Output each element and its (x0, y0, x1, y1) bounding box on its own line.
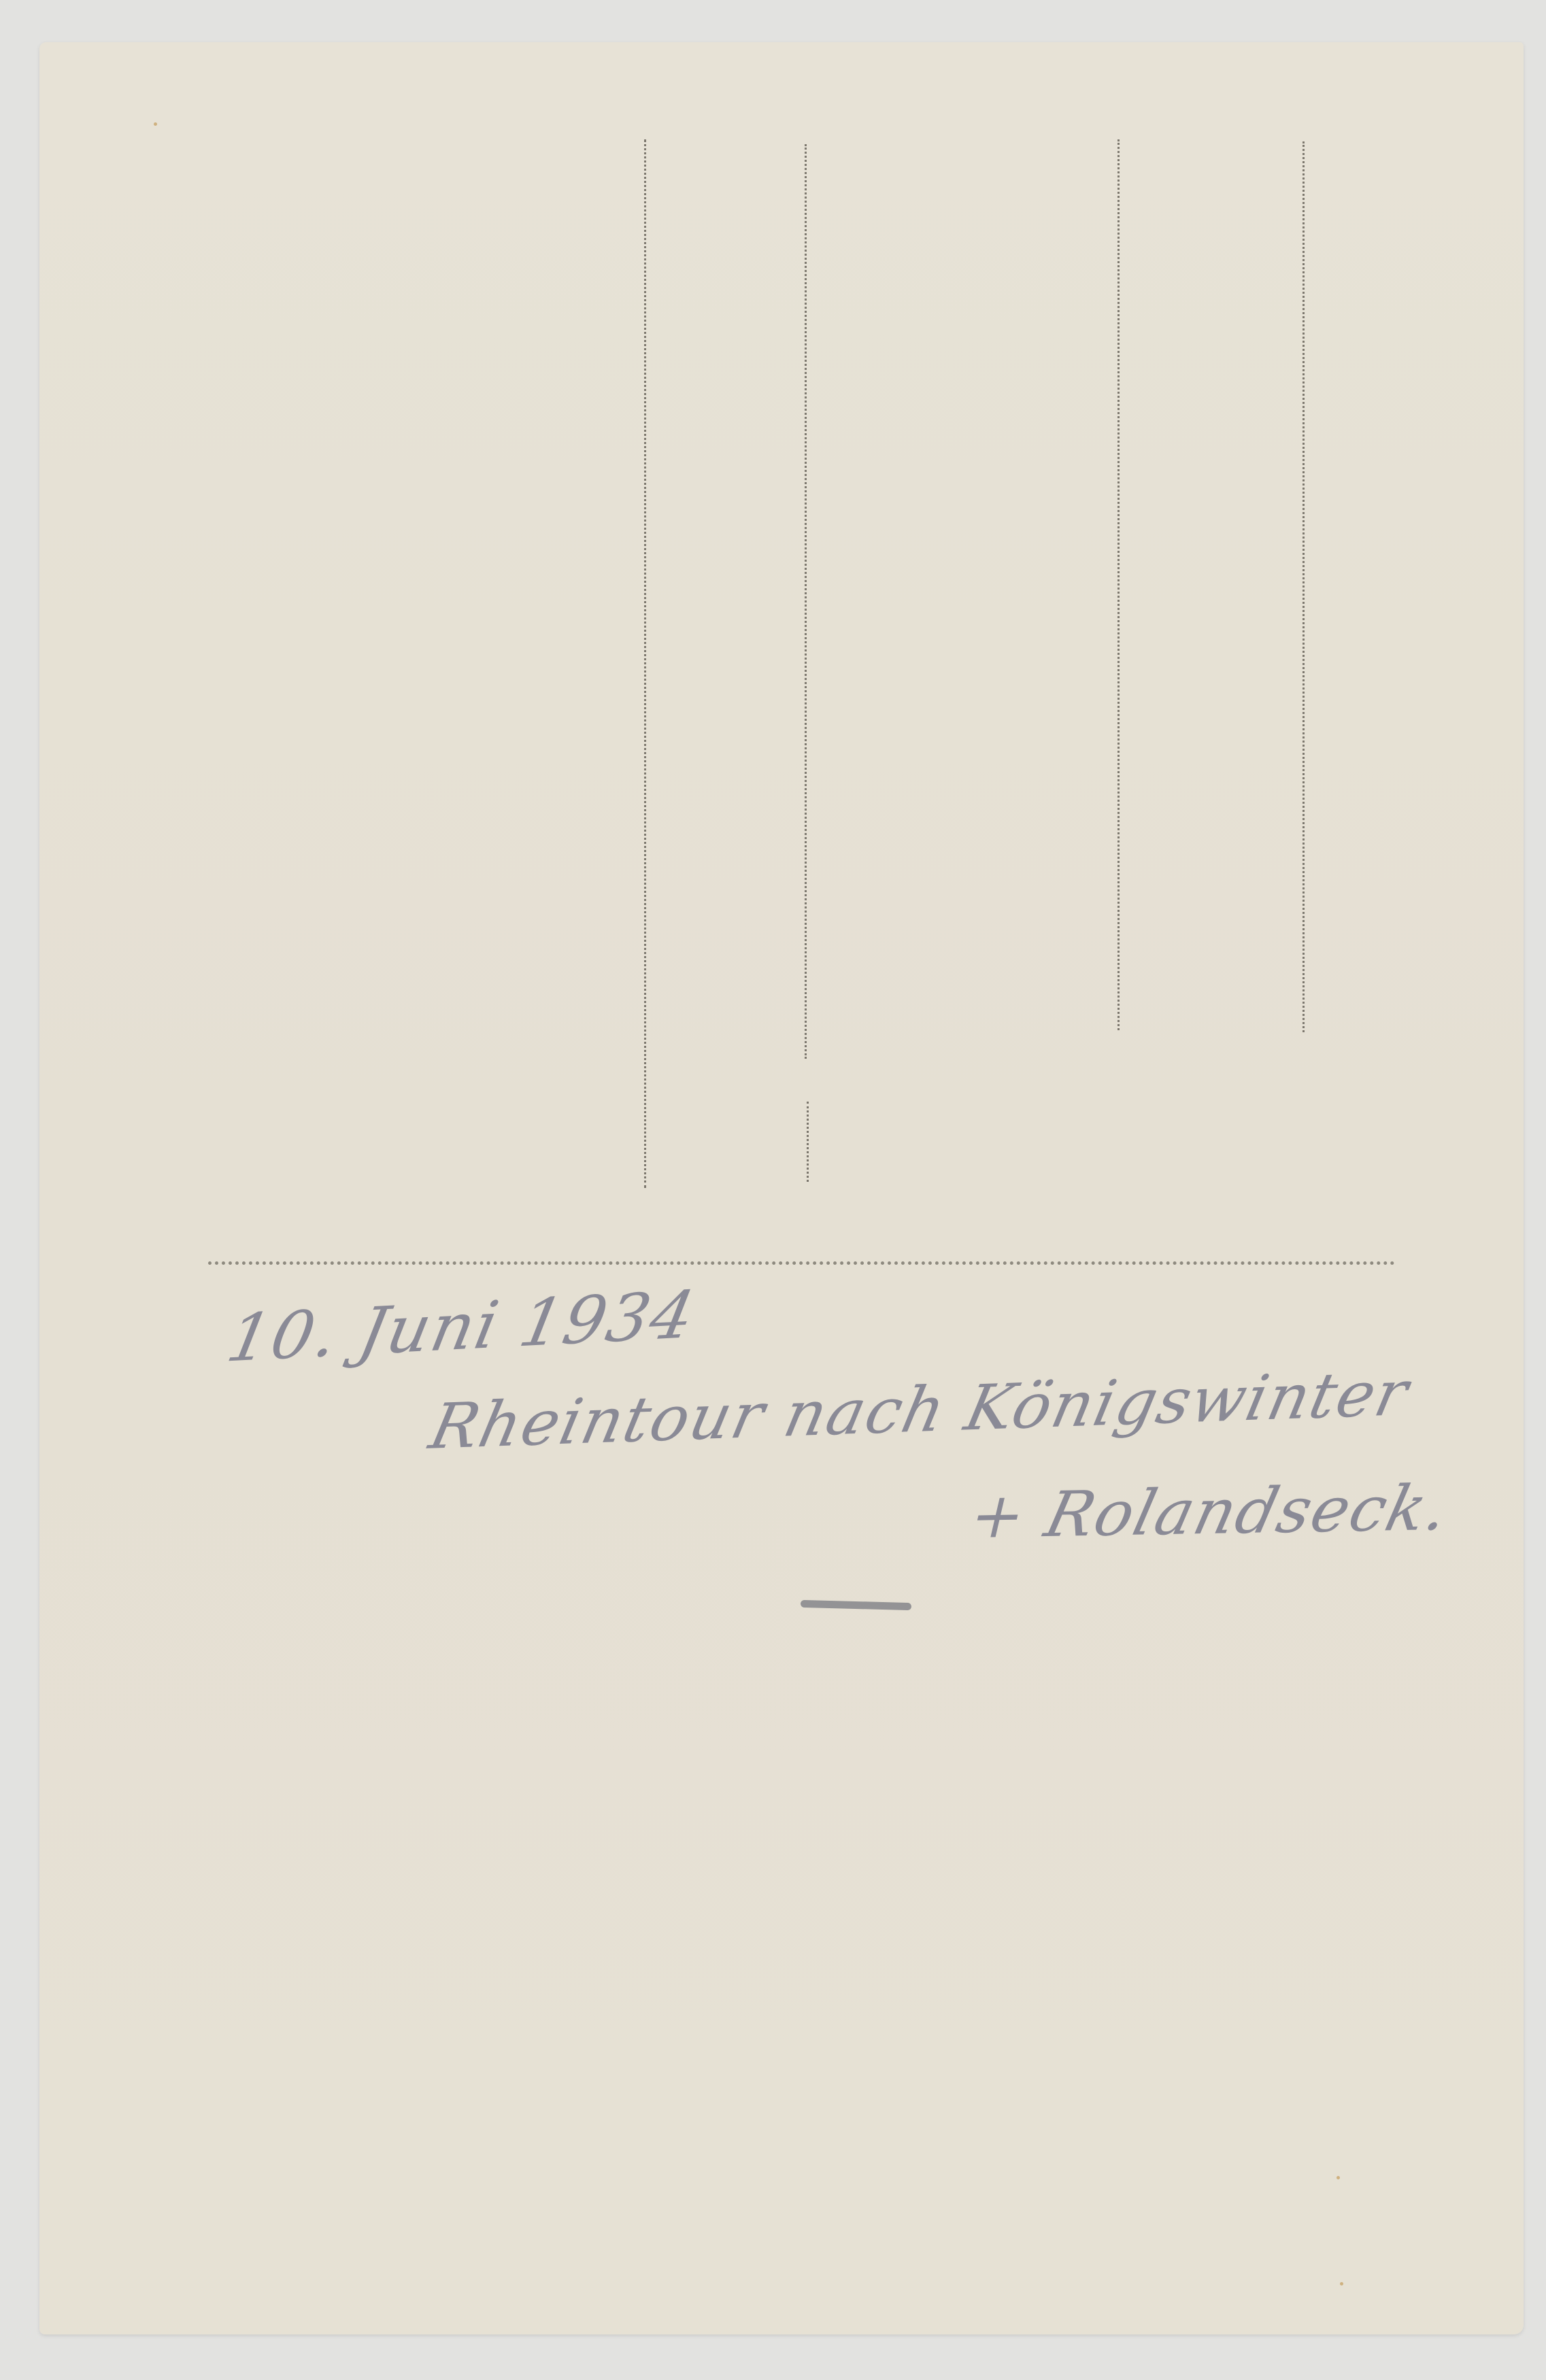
foxing-speck (1337, 2176, 1340, 2179)
foxing-speck (154, 122, 157, 126)
postcard-back (39, 42, 1524, 2334)
foxing-speck (1340, 2282, 1343, 2285)
divider-dotted-row (208, 1261, 1395, 1265)
dotted-line-2-lower (807, 1102, 809, 1182)
dotted-line-2-upper (805, 144, 807, 1059)
dotted-line-4 (1303, 141, 1305, 1032)
dotted-line-1 (644, 139, 646, 1188)
handwritten-line-2: + Rolandseck. (963, 1472, 1456, 1552)
dotted-line-3 (1118, 139, 1120, 1030)
